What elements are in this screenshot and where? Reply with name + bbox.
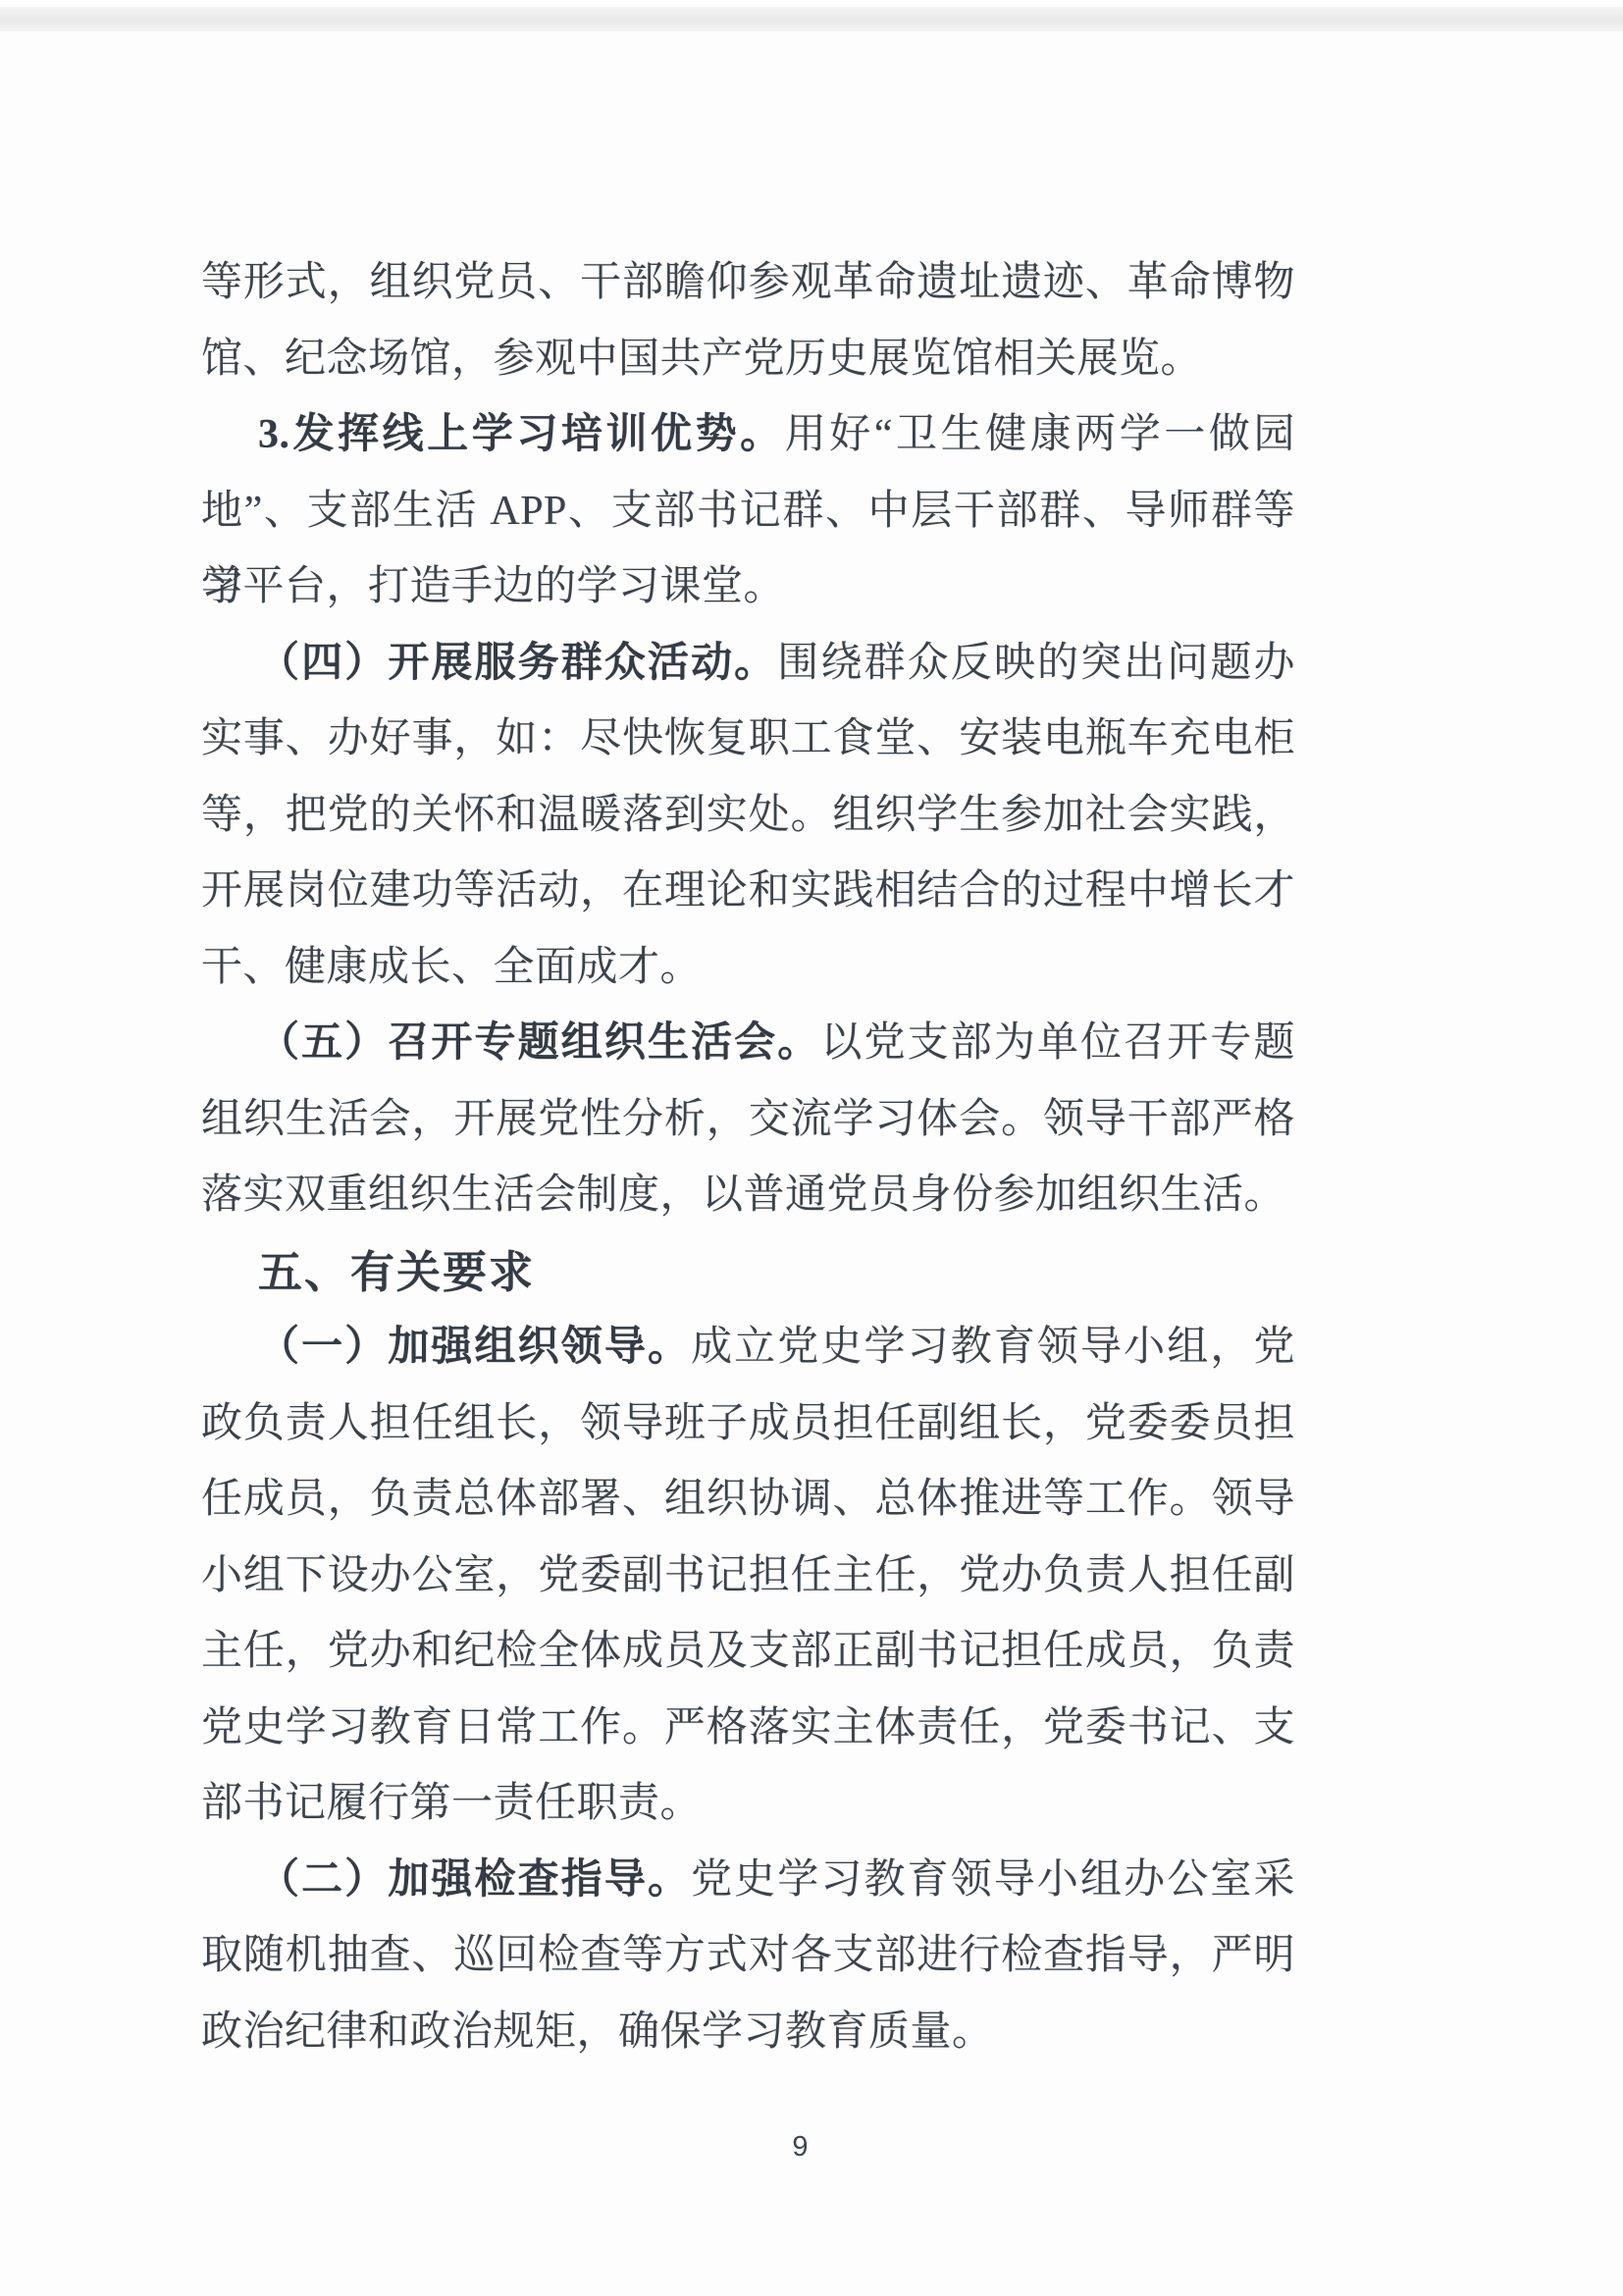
text-line: （二）加强检查指导。党史学习教育领导小组办公室采	[201, 1843, 1295, 1919]
text-line: 实事、办好事，如：尽快恢复职工食堂、安装电瓶车充电柜	[201, 702, 1295, 778]
body-text: 实事、办好事，如：尽快恢复职工食堂、安装电瓶车充电柜	[201, 716, 1295, 761]
section-heading: 五、有关要求	[201, 1234, 1295, 1311]
text-line: 取随机抽查、巡回检查等方式对各支部进行检查指导，严明	[201, 1918, 1295, 1995]
body-text: 党史学习教育领导小组办公室采	[691, 1857, 1295, 1903]
body-text: 成立党史学习教育领导小组，党	[691, 1325, 1295, 1370]
body-text: 开展岗位建功等活动，在理论和实践相结合的过程中增长才	[201, 868, 1295, 913]
paragraph-lead-text: （二）加强检查指导。	[258, 1857, 691, 1903]
text-line: 小组下设办公室，党委副书记担任主任，党办负责人担任副	[201, 1539, 1295, 1615]
text-line: 等，把党的关怀和温暖落到实处。组织学生参加社会实践，	[201, 778, 1295, 855]
body-text: 落实双重组织生活会制度，以普通党员身份参加组织生活。	[201, 1173, 1285, 1218]
body-text: 小组下设办公室，党委副书记担任主任，党办负责人担任副	[201, 1553, 1295, 1598]
paragraph-lead-text: （四）开展服务群众活动。	[258, 641, 777, 686]
body-text: 干、健康成长、全面成才。	[201, 945, 702, 990]
text-line: 习平台，打造手边的学习课堂。	[201, 549, 1295, 626]
text-line: 开展岗位建功等活动，在理论和实践相结合的过程中增长才	[201, 854, 1295, 930]
scan-artifact-band	[0, 7, 1623, 31]
body-text: 党史学习教育日常工作。严格落实主体责任，党委书记、支	[201, 1705, 1295, 1750]
text-line: 政负责人担任组长，领导班子成员担任副组长，党委委员担	[201, 1386, 1295, 1463]
text-line: 任成员，负责总体部署、组织协调、总体推进等工作。领导	[201, 1462, 1295, 1539]
body-text: 政治纪律和政治规矩，确保学习教育质量。	[201, 2009, 994, 2055]
body-text: 主任，党办和纪检全体成员及支部正副书记担任成员，负责	[201, 1629, 1295, 1674]
text-line: 3.发挥线上学习培训优势。用好“卫生健康两学一做园	[201, 397, 1295, 474]
text-line: 馆、纪念场馆，参观中国共产党历史展览馆相关展览。	[201, 322, 1295, 398]
text-line: （一）加强组织领导。成立党史学习教育领导小组，党	[201, 1310, 1295, 1386]
body-text: 以党支部为单位召开专题	[820, 1020, 1295, 1066]
text-line: 主任，党办和纪检全体成员及支部正副书记担任成员，负责	[201, 1614, 1295, 1691]
body-text: 等形式，组织党员、干部瞻仰参观革命遗址遗迹、革命博物	[201, 260, 1295, 305]
body-text: 围绕群众反映的突出问题办	[777, 641, 1295, 686]
body-text: 组织生活会，开展党性分析，交流学习体会。领导干部严格	[201, 1097, 1295, 1142]
body-text: 馆、纪念场馆，参观中国共产党历史展览馆相关展览。	[201, 337, 1202, 382]
paragraph-lead-text: 3.发挥线上学习培训优势。	[258, 412, 785, 457]
text-line: 落实双重组织生活会制度，以普通党员身份参加组织生活。	[201, 1158, 1295, 1234]
text-line: 党史学习教育日常工作。严格落实主体责任，党委书记、支	[201, 1691, 1295, 1767]
text-line: 等形式，组织党员、干部瞻仰参观革命遗址遗迹、革命博物	[201, 245, 1295, 322]
text-line: 组织生活会，开展党性分析，交流学习体会。领导干部严格	[201, 1082, 1295, 1159]
text-line: （四）开展服务群众活动。围绕群众反映的突出问题办	[201, 626, 1295, 703]
document-page: 等形式，组织党员、干部瞻仰参观革命遗址遗迹、革命博物馆、纪念场馆，参观中国共产党…	[0, 0, 1623, 2296]
paragraph-lead-text: （一）加强组织领导。	[258, 1325, 691, 1370]
body-text: 用好“卫生健康两学一做园	[785, 412, 1295, 457]
body-text: 等，把党的关怀和温暖落到实处。组织学生参加社会实践，	[201, 793, 1295, 838]
text-block: 等形式，组织党员、干部瞻仰参观革命遗址遗迹、革命博物馆、纪念场馆，参观中国共产党…	[201, 245, 1295, 2070]
page-number: 9	[675, 2127, 925, 2166]
paragraph-lead-text: （五）召开专题组织生活会。	[258, 1020, 820, 1066]
text-line: （五）召开专题组织生活会。以党支部为单位召开专题	[201, 1006, 1295, 1082]
body-text: 习平台，打造手边的学习课堂。	[201, 564, 785, 609]
text-line: 干、健康成长、全面成才。	[201, 930, 1295, 1007]
body-text: 政负责人担任组长，领导班子成员担任副组长，党委委员担	[201, 1401, 1295, 1446]
paragraph-lead-text: 五、有关要求	[258, 1247, 535, 1297]
body-text: 任成员，负责总体部署、组织协调、总体推进等工作。领导	[201, 1477, 1295, 1522]
text-line: 政治纪律和政治规矩，确保学习教育质量。	[201, 1995, 1295, 2071]
text-line: 部书记履行第一责任职责。	[201, 1766, 1295, 1843]
body-text: 部书记履行第一责任职责。	[201, 1781, 702, 1826]
text-line: 地”、支部生活 APP、支部书记群、中层干部群、导师群等学	[201, 474, 1295, 550]
body-text: 取随机抽查、巡回检查等方式对各支部进行检查指导，严明	[201, 1933, 1295, 1978]
